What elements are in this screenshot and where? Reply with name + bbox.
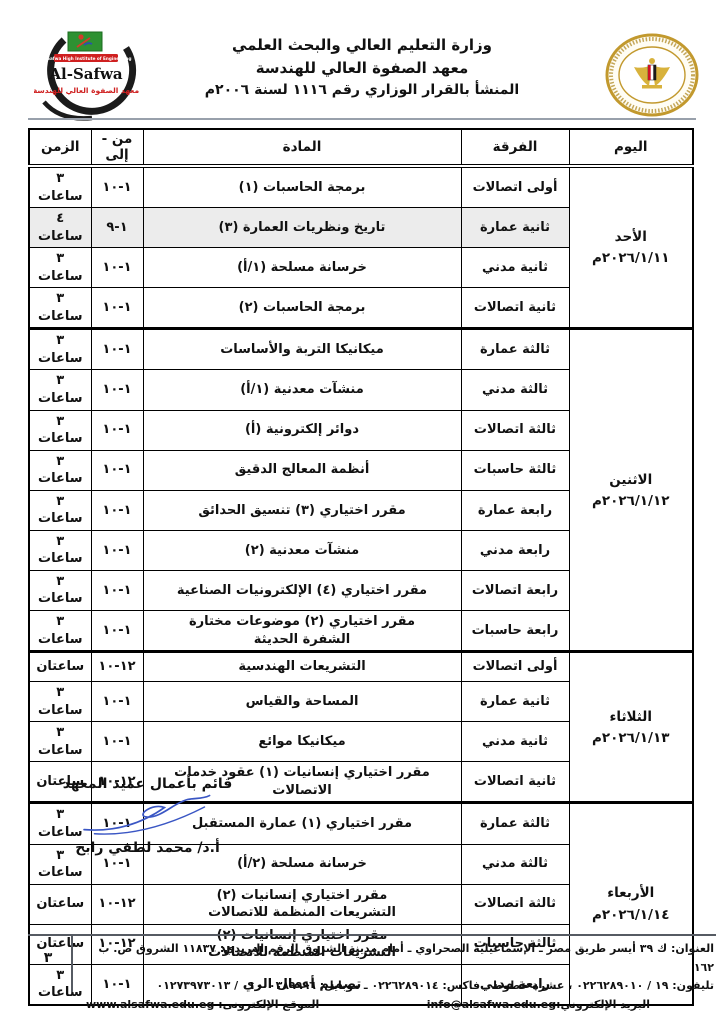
signature-ink (75, 788, 220, 842)
from-to-cell: ١-١٠ (91, 410, 143, 450)
duration-cell: ساعتان (29, 652, 91, 682)
col-header-duration: الزمن (29, 129, 91, 166)
col-header-from-to: من - إلى (91, 129, 143, 166)
group-cell: ثانية عمارة (461, 208, 569, 248)
group-cell: ثالثة مدني (461, 844, 569, 884)
from-to-cell: ١٢-١٠ (91, 652, 143, 682)
group-cell: ثانية مدني (461, 248, 569, 288)
day-name: الثلاثاء (575, 708, 688, 726)
day-cell: الثلاثاء٢٠٢٦/١/١٣م (569, 652, 693, 803)
group-cell: ثانية اتصالات (461, 762, 569, 803)
group-cell: ثالثة اتصالات (461, 884, 569, 924)
subject-cell: خرسانة مسلحة (١/أ) (143, 248, 461, 288)
duration-cell: ٣ ساعات (29, 682, 91, 722)
subject-cell: ميكانيكا التربة والأساسات (143, 329, 461, 370)
ministry-seal-icon (604, 32, 700, 122)
duration-cell: ٣ ساعات (29, 370, 91, 410)
table-header-row: اليوم الفرقة المادة من - إلى الزمن (29, 129, 693, 166)
subject-cell: أنظمة المعالج الدقيق (143, 450, 461, 490)
duration-cell: ٣ ساعات (29, 288, 91, 329)
footer-phones: تليفون: ١٩ / ٠٢٢٦٢٨٩٠١٠ ، عشرة خطوط ـ فا… (86, 977, 714, 996)
eagle-head (649, 58, 655, 64)
logo-figure-head (78, 34, 83, 39)
duration-cell: ٣ ساعات (29, 964, 91, 1005)
subject-cell: برمجة الحاسبات (٢) (143, 288, 461, 329)
duration-cell: ٤ ساعات (29, 208, 91, 248)
duration-cell: ٣ ساعات (29, 490, 91, 530)
signature-block: قائم بأعمال عميد المعهد أ.د/ محمد لطفي ر… (40, 776, 255, 856)
group-cell: ثانية مدني (461, 722, 569, 762)
page-number: ٣ (34, 950, 62, 966)
logo-name-text: Al-Safwa (48, 65, 122, 83)
col-header-day: اليوم (569, 129, 693, 166)
group-cell: رابعة حاسبات (461, 611, 569, 652)
duration-cell: ٣ ساعات (29, 570, 91, 610)
footer-page-divider (71, 934, 73, 992)
logo-ribbon-text: Al-Safwa High Institute of Engineering (41, 56, 132, 61)
exam-schedule: اليوم الفرقة المادة من - إلى الزمن الأحد… (30, 128, 694, 1006)
group-cell: رابعة عمارة (461, 490, 569, 530)
from-to-cell: ١-٩ (91, 208, 143, 248)
group-cell: ثانية اتصالات (461, 288, 569, 329)
duration-cell: ٣ ساعات (29, 450, 91, 490)
from-to-cell: ١-١٠ (91, 611, 143, 652)
subject-cell: المساحة والقياس (143, 682, 461, 722)
from-to-cell: ١-١٠ (91, 490, 143, 530)
from-to-cell: ١-١٠ (91, 530, 143, 570)
from-to-cell: ١٢-١٠ (91, 884, 143, 924)
duration-cell: ٣ ساعات (29, 611, 91, 652)
from-to-cell: ١-١٠ (91, 682, 143, 722)
footer-website: الموقع الإلكترونى: www.alsafwa.edu.eg (86, 996, 319, 1015)
header-divider (28, 118, 696, 120)
group-cell: رابعة مدني (461, 530, 569, 570)
exam-schedule-table: اليوم الفرقة المادة من - إلى الزمن الأحد… (28, 128, 694, 1006)
footer-contact: العنوان: ك ٣٩ أيسر طريق مصر ـ الإسماعيلي… (86, 940, 714, 1015)
eagle-shield-black (653, 65, 656, 80)
subject-cell: التشريعات الهندسية (143, 652, 461, 682)
duration-cell: ٣ ساعات (29, 166, 91, 208)
subject-cell: برمجة الحاسبات (١) (143, 166, 461, 208)
subject-cell: مقرر اختياري إنسانيات (٢) التشريعات المن… (143, 884, 461, 924)
col-header-subject: المادة (143, 129, 461, 166)
eagle-base (642, 85, 662, 89)
subject-cell: مقرر اختياري (٢) موضوعات مختارة الشفرة ا… (143, 611, 461, 652)
day-date: ٢٠٢٦/١/١٣م (575, 729, 688, 747)
eagle-shield-red (648, 65, 651, 80)
subject-cell: منشآت معدنية (٢) (143, 530, 461, 570)
ministry-seal-graphic (604, 32, 700, 118)
logo-arabic-text: معهد الصفوة العالي للهندسة (34, 86, 139, 95)
day-date: ٢٠٢٦/١/١٤م (575, 906, 688, 924)
signature-stroke-2 (92, 807, 205, 835)
group-cell: ثالثة مدني (461, 370, 569, 410)
day-date: ٢٠٢٦/١/١٢م (575, 492, 688, 510)
duration-cell: ٣ ساعات (29, 329, 91, 370)
from-to-cell: ١-١٠ (91, 248, 143, 288)
schedule-body: الأحد٢٠٢٦/١/١١مأولى اتصالاتبرمجة الحاسبا… (29, 166, 693, 1005)
day-name: الأحد (575, 228, 688, 246)
group-cell: ثالثة حاسبات (461, 450, 569, 490)
signature-title: قائم بأعمال عميد المعهد (40, 776, 255, 792)
subject-cell: مقرر اختياري (٤) الإلكترونيات الصناعية (143, 570, 461, 610)
from-to-cell: ١-١٠ (91, 288, 143, 329)
subject-cell: تاريخ ونظريات العمارة (٣) (143, 208, 461, 248)
group-cell: ثالثة اتصالات (461, 410, 569, 450)
group-cell: أولى اتصالات (461, 166, 569, 208)
group-cell: أولى اتصالات (461, 652, 569, 682)
duration-cell: ساعتان (29, 884, 91, 924)
group-cell: ثالثة عمارة (461, 803, 569, 844)
group-cell: ثانية عمارة (461, 682, 569, 722)
alsafwa-logo: Al-Safwa High Institute of Engineering A… (34, 28, 142, 126)
ministry-title: وزارة التعليم العالي والبحث العلمي (180, 36, 544, 54)
day-date: ٢٠٢٦/١/١١م (575, 249, 688, 267)
from-to-cell: ١-١٠ (91, 722, 143, 762)
document-page: Al-Safwa High Institute of Engineering A… (0, 0, 724, 1024)
alsafwa-logo-graphic: Al-Safwa High Institute of Engineering A… (34, 28, 142, 122)
subject-cell: منشآت معدنية (١/أ) (143, 370, 461, 410)
schedule-row: الاثنين٢٠٢٦/١/١٢مثالثة عمارةميكانيكا الت… (29, 329, 693, 370)
letterhead-titles: وزارة التعليم العالي والبحث العلمي معهد … (180, 36, 544, 98)
duration-cell: ٣ ساعات (29, 722, 91, 762)
subject-cell: مقرر اختياري (٣) تنسيق الحدائق (143, 490, 461, 530)
day-cell: الاثنين٢٠٢٦/١/١٢م (569, 329, 693, 652)
day-name: الأربعاء (575, 884, 688, 902)
subject-cell: دوائر إلكترونية (أ) (143, 410, 461, 450)
col-header-group: الفرقة (461, 129, 569, 166)
footer-links-row: البريد الإلكتروني:info@alsafwa.edu.eg ال… (86, 996, 714, 1015)
day-name: الاثنين (575, 471, 688, 489)
footer-email: البريد الإلكتروني:info@alsafwa.edu.eg (427, 996, 650, 1015)
duration-cell: ٣ ساعات (29, 248, 91, 288)
footer-divider (28, 934, 716, 936)
duration-cell: ٣ ساعات (29, 530, 91, 570)
subject-cell: ميكانيكا موائع (143, 722, 461, 762)
schedule-row: الأحد٢٠٢٦/١/١١مأولى اتصالاتبرمجة الحاسبا… (29, 166, 693, 208)
group-cell: ثالثة عمارة (461, 329, 569, 370)
from-to-cell: ١-١٠ (91, 166, 143, 208)
duration-cell: ٣ ساعات (29, 410, 91, 450)
from-to-cell: ١-١٠ (91, 450, 143, 490)
from-to-cell: ١-١٠ (91, 370, 143, 410)
from-to-cell: ١-١٠ (91, 329, 143, 370)
group-cell: رابعة اتصالات (461, 570, 569, 610)
schedule-row: الثلاثاء٢٠٢٦/١/١٣مأولى اتصالاتالتشريعات … (29, 652, 693, 682)
from-to-cell: ١-١٠ (91, 570, 143, 610)
day-cell: الأحد٢٠٢٦/١/١١م (569, 166, 693, 329)
institute-title: معهد الصفوة العالي للهندسة (180, 59, 544, 77)
decree-line: المنشأ بالقرار الوزاري رقم ١١١٦ لسنة ٢٠٠… (180, 82, 544, 98)
footer-address: العنوان: ك ٣٩ أيسر طريق مصر ـ الإسماعيلي… (86, 940, 714, 977)
signature-name: أ.د/ محمد لطفي رابح (40, 840, 255, 856)
